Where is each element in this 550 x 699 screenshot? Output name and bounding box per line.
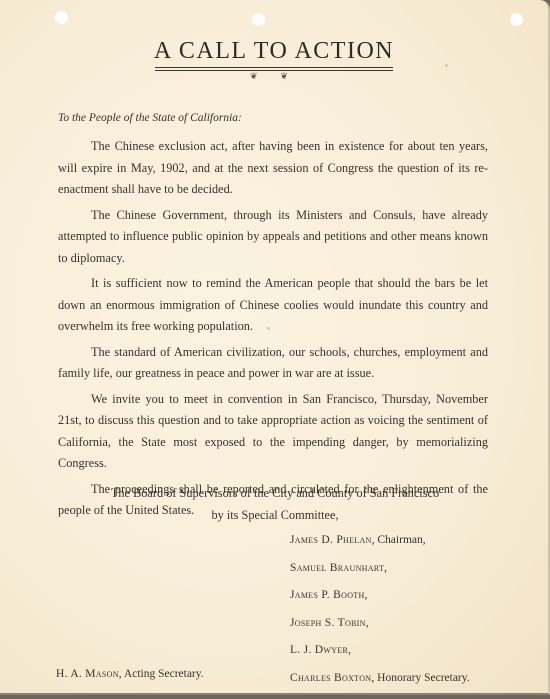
signature-committee: by its Special Committee,: [0, 508, 550, 523]
punch-hole-center: [252, 13, 265, 26]
salutation: To the People of the State of California…: [58, 112, 242, 124]
paragraph: The standard of American civilization, o…: [58, 342, 488, 385]
ornament-icon: ❦ ❦: [0, 72, 548, 82]
document-title: A CALL TO ACTION: [0, 38, 548, 65]
committee-members: James D. Phelan, Chairman, Samuel Braunh…: [290, 534, 470, 695]
title-rule-bottom: [155, 70, 393, 71]
member-name: James D. Phelan, Chairman,: [290, 534, 470, 562]
signature-board: The Board of Supervisors of the City and…: [0, 486, 550, 501]
member-name: L. J. Dwyer,: [290, 644, 470, 672]
document-page: A CALL TO ACTION ❦ ❦ To the People of th…: [0, 0, 550, 695]
title-rule-top: [155, 67, 393, 68]
punch-hole-left: [55, 11, 68, 24]
member-name: James P. Booth,: [290, 589, 470, 617]
paragraph: We invite you to meet in convention in S…: [58, 389, 488, 475]
paragraph: The Chinese exclusion act, after having …: [58, 136, 488, 201]
letter-body: The Chinese exclusion act, after having …: [58, 136, 488, 522]
member-name: Charles Boxton, Honorary Secretary.: [290, 672, 470, 696]
paragraph: The Chinese Government, through its Mini…: [58, 205, 488, 270]
member-name: Joseph S. Tobin,: [290, 617, 470, 645]
member-name: Samuel Braunhart,: [290, 562, 470, 590]
acting-secretary: H. A. Mason, Acting Secretary.: [56, 668, 204, 680]
paragraph: It is sufficient now to remind the Ameri…: [58, 273, 488, 338]
punch-hole-right: [510, 13, 523, 26]
